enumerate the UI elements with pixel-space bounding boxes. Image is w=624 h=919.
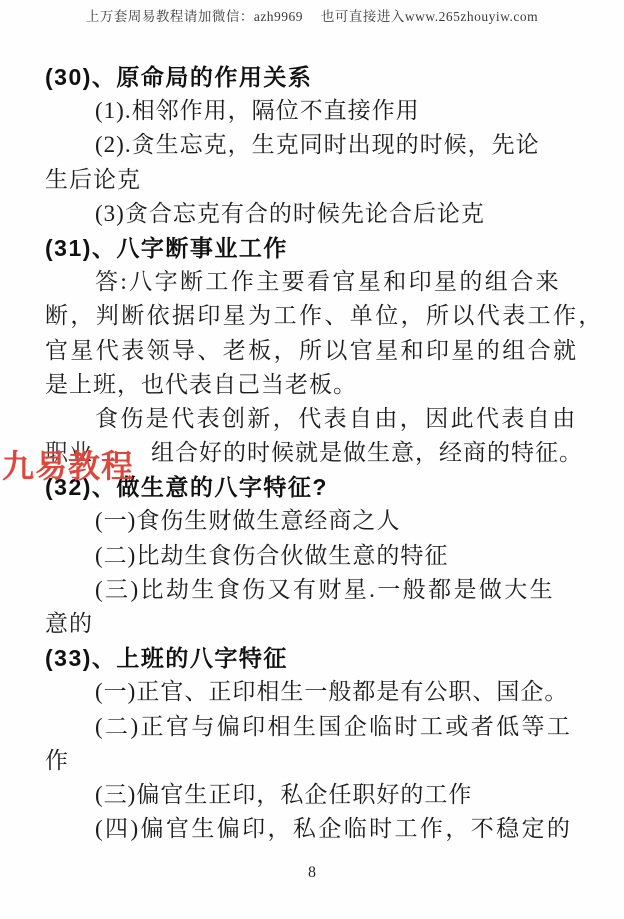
text-line: (一)食伤生财做生意经商之人: [45, 504, 590, 538]
text-line: 官星代表领导、老板，所以官星和印星的组合就: [45, 334, 590, 368]
watermark-jiuyi-jiaocheng: 九易教程: [2, 446, 134, 486]
text-line: 是上班，也代表自己当老板。: [45, 368, 590, 402]
text-line: (2).贪生忘克，生克同时出现的时候，先论: [45, 128, 590, 162]
text-line: (三)偏官生正印，私企任职好的工作: [45, 778, 590, 812]
section-heading-30: (30)、原命局的作用关系: [45, 60, 590, 94]
text-line: 作: [45, 744, 590, 778]
text-line: 食伤是代表创新，代表自由，因此代表自由: [45, 402, 590, 436]
text-line: (四)偏官生偏印，私企临时工作，不稳定的: [45, 812, 590, 846]
text-line: (二)比劫生食伤合伙做生意的特征: [45, 539, 590, 573]
document-page: 上万套周易教程请加微信：azh9969 也可直接进入www.265zhouyiw…: [0, 0, 624, 919]
text-line: 生后论克: [45, 163, 590, 197]
visible-text: 组合好的时候就是做生意，经商的特征。: [151, 440, 583, 465]
text-line: (二)正官与偏印相生国企临时工或者低等工: [45, 710, 590, 744]
section-heading-33: (33)、上班的八字特征: [45, 641, 590, 675]
text-line: 意的: [45, 607, 590, 641]
text-line: (三)比劫生食伤又有财星.一般都是做大生: [45, 573, 590, 607]
page-number: 8: [0, 864, 624, 882]
text-line: (1).相邻作用，隔位不直接作用: [45, 94, 590, 128]
text-line: (一)正官、正印相生一般都是有公职、国企。: [45, 675, 590, 709]
promo-header: 上万套周易教程请加微信：azh9969 也可直接进入www.265zhouyiw…: [0, 5, 624, 25]
text-line: (3)贪合忘克有合的时候先论合后论克: [45, 197, 590, 231]
text-line: 断，判断依据印星为工作、单位，所以代表工作，: [45, 299, 590, 333]
text-line: 答:八字断工作主要看官星和印星的组合来: [45, 265, 590, 299]
section-heading-31: (31)、八字断事业工作: [45, 231, 590, 265]
